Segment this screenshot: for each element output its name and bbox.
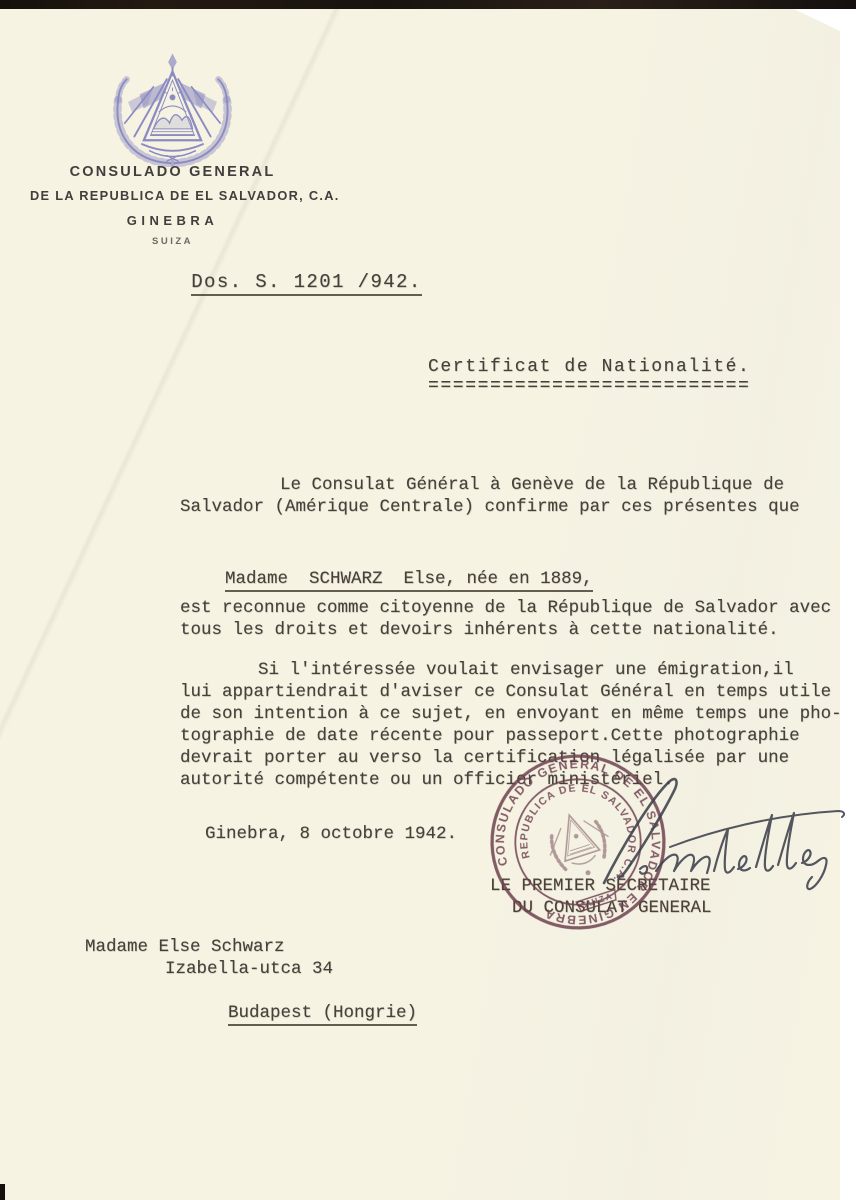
letterhead-line2: DE LA REPUBLICA DE EL SALVADOR, C.A. [30,188,315,203]
paragraph-emigration-line3: de son intention à ce sujet, en envoyant… [180,703,856,725]
paragraph-emigration-line2: lui appartiendrait d'aviser ce Consulat … [180,681,856,703]
page-corner-cut [794,9,840,31]
paragraph-intro-line2: Salvador (Amérique Centrale) confirme pa… [180,496,856,518]
paragraph-recognition-line2: tous les droits et devoirs inhérents à c… [180,619,856,641]
certificate-holder-name-text: Madame SCHWARZ Else, née en 1889, [225,569,593,592]
paragraph-recognition: est reconnue comme citoyenne de la Répub… [180,597,856,641]
place-date-line: Ginebra, 8 octobre 1942. [205,823,457,845]
letterhead-line4: SUIZA [30,236,315,247]
scan-corner-artifact [0,1184,5,1200]
paragraph-emigration-line1: Si l'intéressée voulait envisager une ém… [180,659,856,681]
el-salvador-coat-of-arms [95,43,250,167]
signature-handwriting [552,767,852,902]
address-line3-text: Budapest (Hongrie) [228,1003,417,1026]
address-line1: Madame Else Schwarz [85,936,285,958]
paragraph-intro-line1: Le Consulat Général à Genève de la Répub… [180,474,856,496]
scan-edge-strip [0,0,856,9]
address-line2: Izabella-utca 34 [165,958,333,980]
letterhead-line3: GINEBRA [30,213,315,228]
address-line3: Budapest (Hongrie) [186,980,417,1046]
paragraph-emigration-line4: tographie de date récente pour passeport… [180,725,856,747]
paragraph-recognition-line1: est reconnue comme citoyenne de la Répub… [180,597,856,619]
letterhead-line1: CONSULADO GENERAL [30,164,315,180]
document-title-underline: ========================== [428,375,750,397]
dossier-number: Dos. S. 1201 /942. [140,249,422,315]
document-page: CONSULADO GENERAL DE LA REPUBLICA DE EL … [0,9,840,1200]
paragraph-intro: Le Consulat Général à Genève de la Répub… [180,474,856,518]
dossier-number-text: Dos. S. 1201 /942. [191,271,421,296]
